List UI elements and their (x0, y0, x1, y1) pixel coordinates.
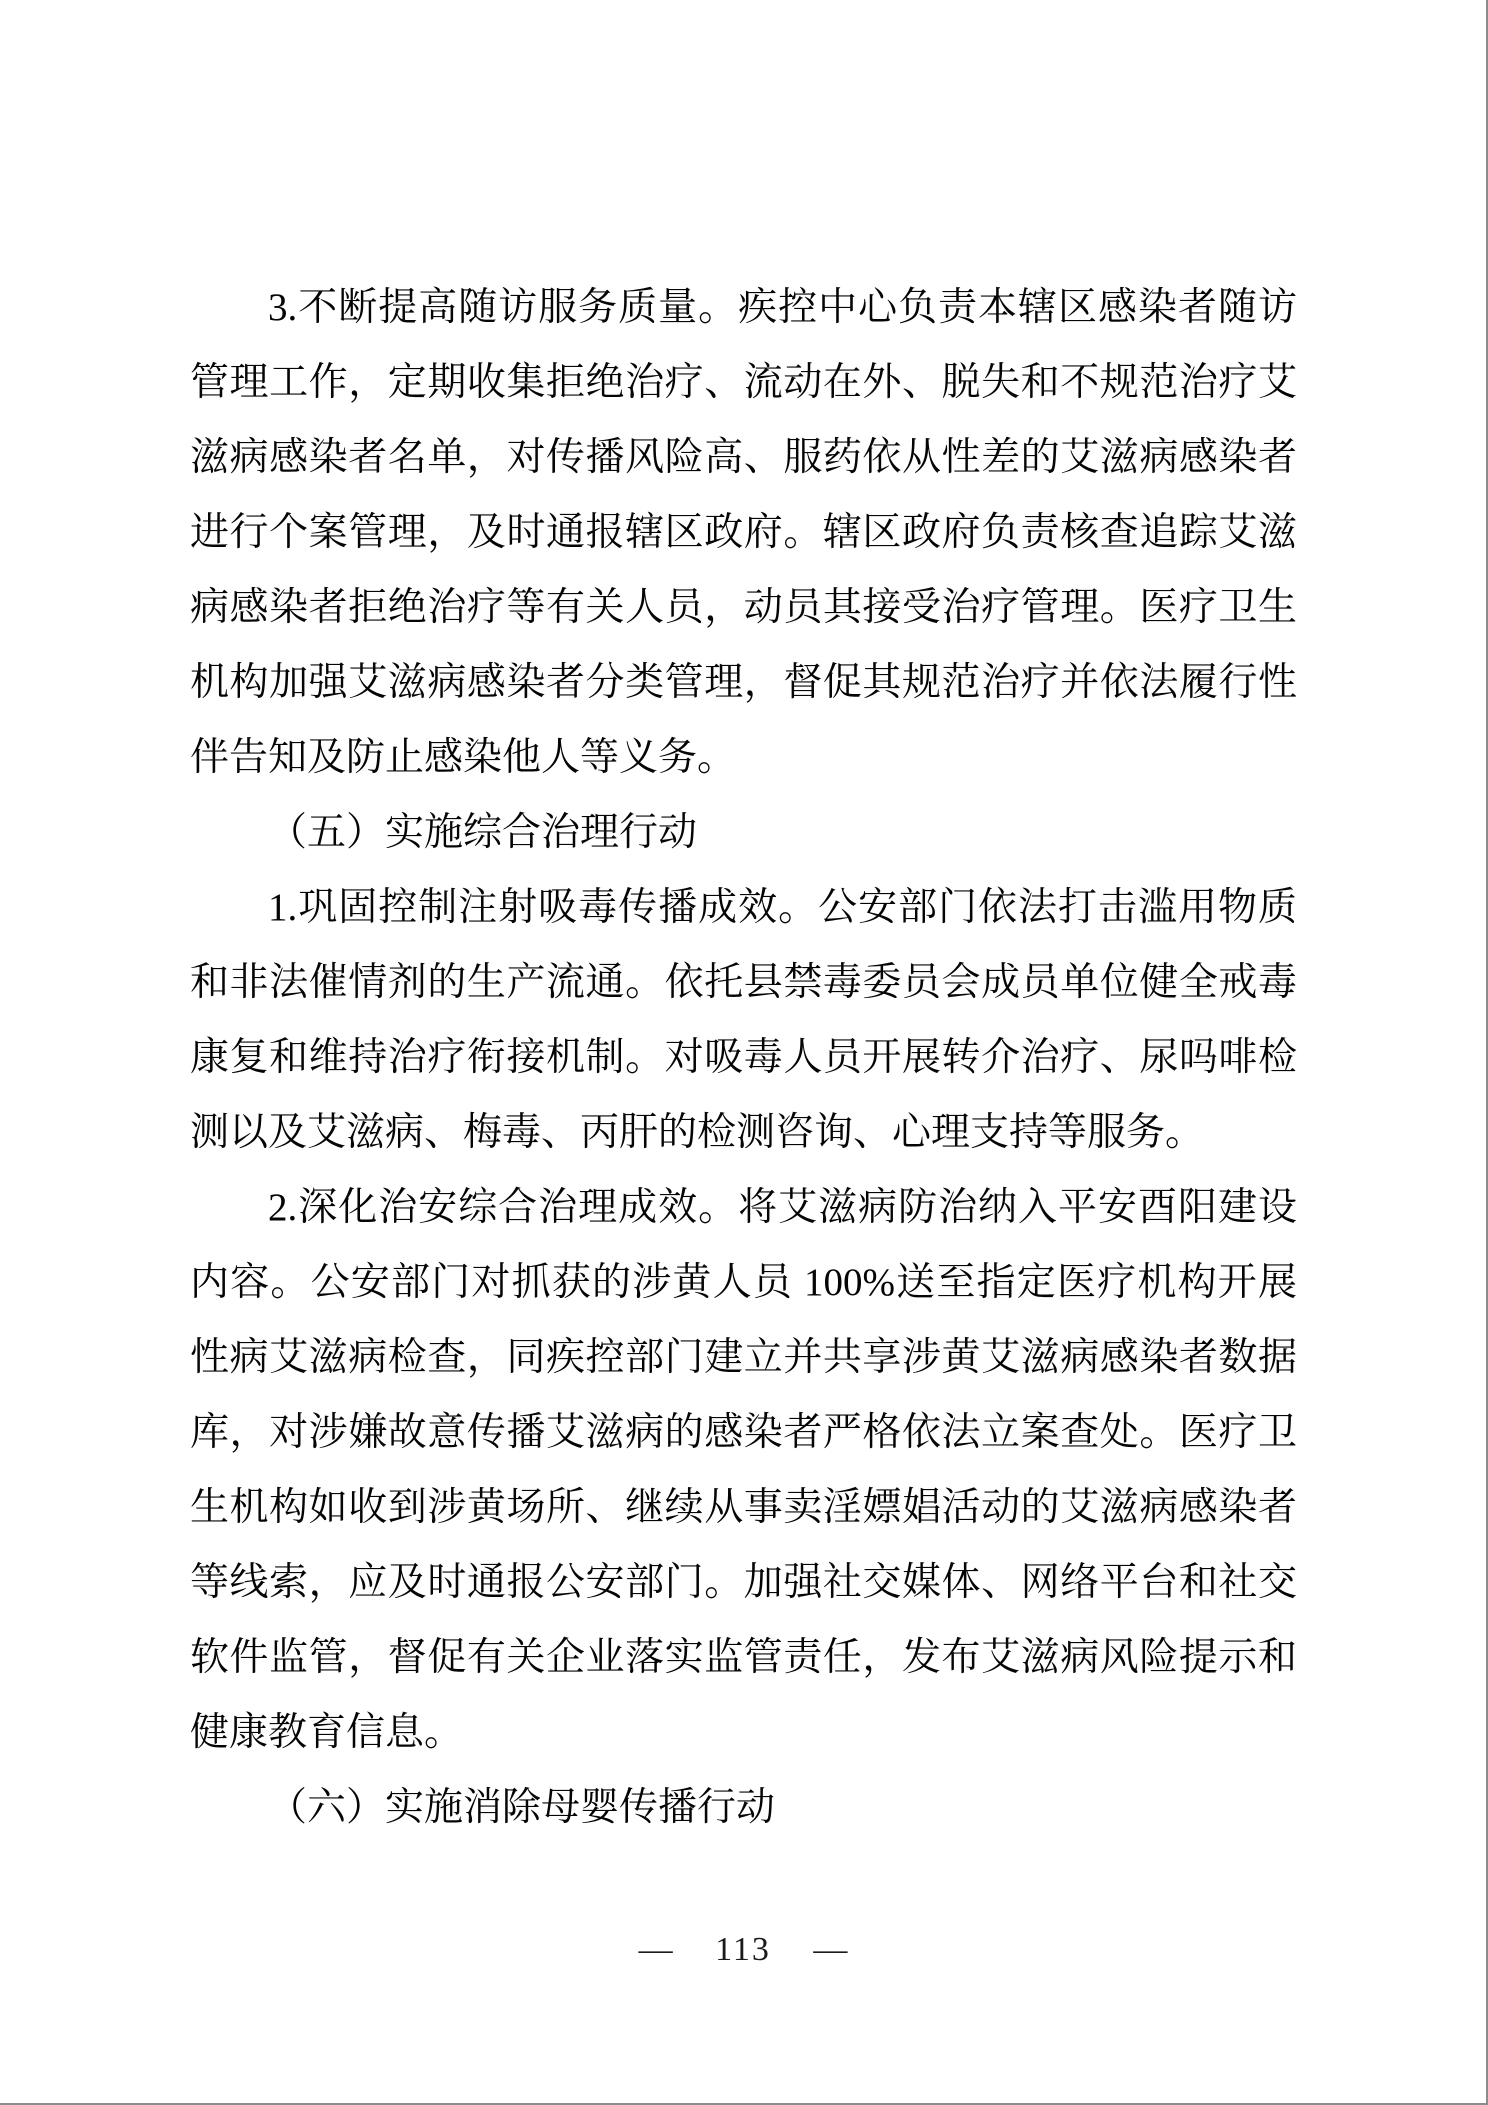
text-line: 病感染者拒绝治疗等有关人员，动员其接受治疗管理。医疗卫生 (190, 570, 1297, 645)
footer-dash-right: — (813, 1928, 847, 1972)
text-line: 1.巩固控制注射吸毒传播成效。公安部门依法打击滥用物质 (190, 870, 1297, 945)
text-line: 2.深化治安综合治理成效。将艾滋病防治纳入平安酉阳建设 (190, 1170, 1297, 1245)
text-line: 机构加强艾滋病感染者分类管理，督促其规范治疗并依法履行性 (190, 645, 1297, 720)
section-heading: （五）实施综合治理行动 (190, 795, 1297, 870)
text-line: 康复和维持治疗衔接机制。对吸毒人员开展转介治疗、尿吗啡检 (190, 1020, 1297, 1095)
text-line: 管理工作，定期收集拒绝治疗、流动在外、脱失和不规范治疗艾 (190, 345, 1297, 420)
text-line: 性病艾滋病检查，同疾控部门建立并共享涉黄艾滋病感染者数据 (190, 1320, 1297, 1395)
text-line: 内容。公安部门对抓获的涉黄人员 100%送至指定医疗机构开展 (190, 1245, 1297, 1320)
page-footer: — 113 — (0, 1928, 1486, 1972)
document-page: 3.不断提高随访服务质量。疾控中心负责本辖区感染者随访管理工作，定期收集拒绝治疗… (0, 0, 1488, 2105)
text-line: 健康教育信息。 (190, 1695, 1297, 1770)
text-line: 和非法催情剂的生产流通。依托县禁毒委员会成员单位健全戒毒 (190, 945, 1297, 1020)
text-line: 库，对涉嫌故意传播艾滋病的感染者严格依法立案查处。医疗卫 (190, 1395, 1297, 1470)
section-heading: （六）实施消除母婴传播行动 (190, 1770, 1297, 1845)
text-line: 3.不断提高随访服务质量。疾控中心负责本辖区感染者随访 (190, 270, 1297, 345)
document-body: 3.不断提高随访服务质量。疾控中心负责本辖区感染者随访管理工作，定期收集拒绝治疗… (190, 270, 1297, 1845)
text-line: 进行个案管理，及时通报辖区政府。辖区政府负责核查追踪艾滋 (190, 495, 1297, 570)
page-number: 113 (715, 1928, 771, 1972)
text-line: 软件监管，督促有关企业落实监管责任，发布艾滋病风险提示和 (190, 1620, 1297, 1695)
footer-dash-left: — (639, 1928, 673, 1972)
text-line: 生机构如收到涉黄场所、继续从事卖淫嫖娼活动的艾滋病感染者 (190, 1470, 1297, 1545)
text-line: 伴告知及防止感染他人等义务。 (190, 720, 1297, 795)
text-line: 测以及艾滋病、梅毒、丙肝的检测咨询、心理支持等服务。 (190, 1095, 1297, 1170)
text-line: 等线索，应及时通报公安部门。加强社交媒体、网络平台和社交 (190, 1545, 1297, 1620)
text-line: 滋病感染者名单，对传播风险高、服药依从性差的艾滋病感染者 (190, 420, 1297, 495)
